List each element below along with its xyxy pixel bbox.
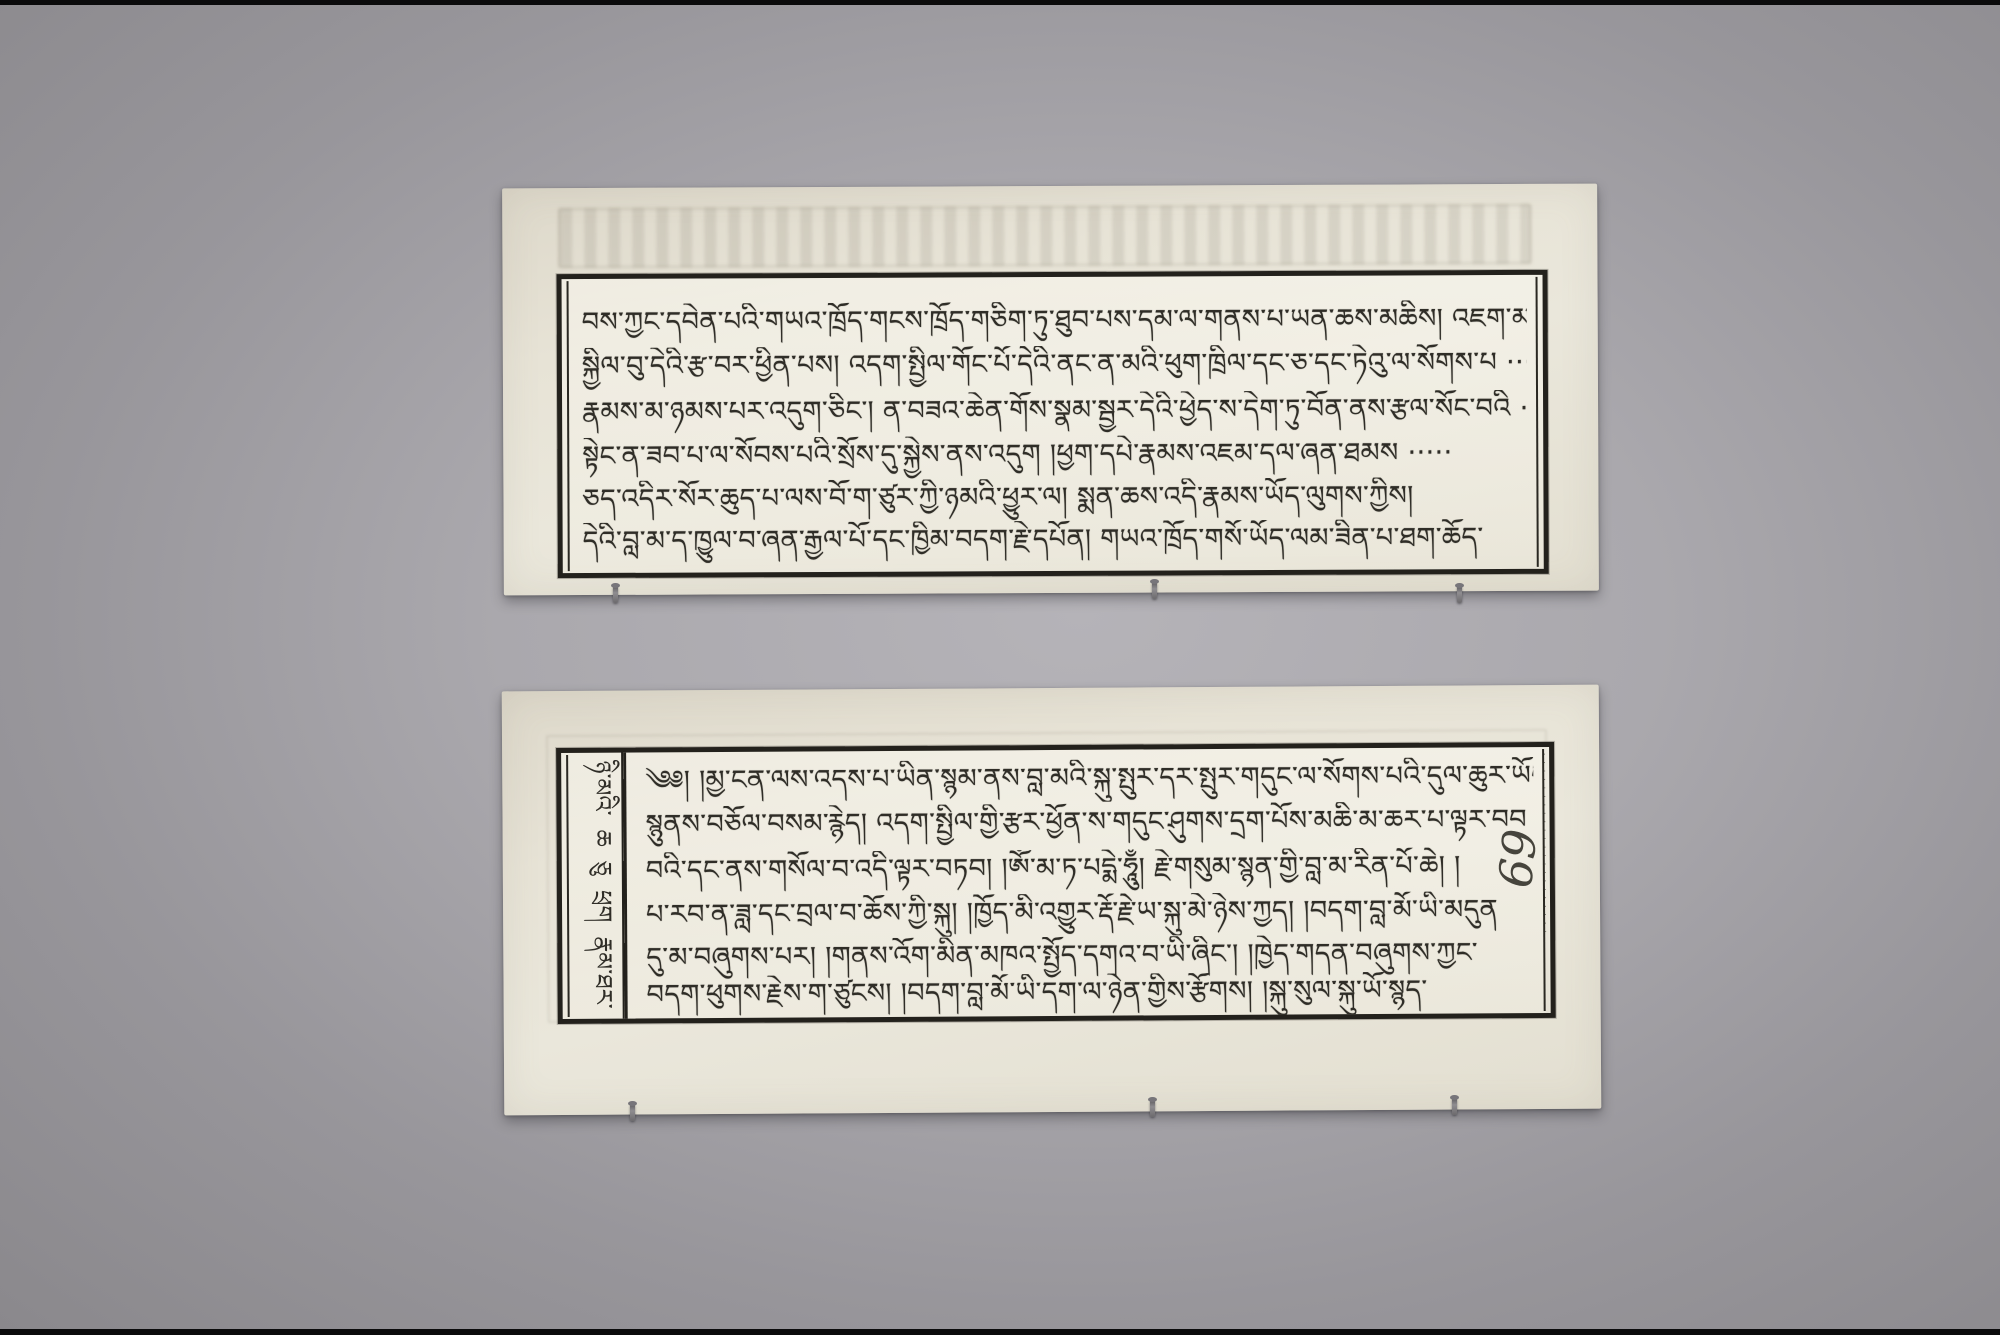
text-line: བའི་དང་ནས་གསོལ་བ་འདི་ལྟར་བཏབ། །ཨོཾ་མ་ཏ་པ… [646, 847, 1534, 894]
mounting-pin [1150, 1100, 1155, 1117]
margin-title-column: ཉི་མའི་ ཆ ཅུ ཕྲག རྣམ་ཐར་ [561, 753, 628, 1019]
photo-bottom-black-band [0, 1329, 2000, 1335]
margin-title-text: ཉི་མའི་ ཆ ཅུ ཕྲག རྣམ་ཐར་ [573, 757, 619, 1013]
text-line: བས་ཀྱང་དབེན་པའི་གཡའ་ཁྲོད་གངས་ཁྲོད་གཅིག་ཏ… [582, 300, 1527, 346]
text-line: རྣམས་མ་ཉམས་པར་འདུག་ཅིང་། ན་བཟའ་ཆེན་གོས་ས… [582, 390, 1527, 436]
text-line: ༄༅། །མྱ་ངན་ལས་འདས་པ་ཡིན་སྙམ་ནས་བླ་མའི་སྐ… [645, 757, 1533, 804]
bottom-folio-sheet: ཉི་མའི་ ཆ ཅུ ཕྲག རྣམ་ཐར་ ༄༅། །མྱ་ངན་ལས་འ… [502, 685, 1602, 1116]
text-line: སྐྱིལ་བུ་དེའི་རྩ་བར་ཕྱིན་པས། འདག་སྤྱིལ་ག… [582, 344, 1527, 390]
photograph-of-tibetan-folios: བས་ཀྱང་དབེན་པའི་གཡའ་ཁྲོད་གངས་ཁྲོད་གཅིག་ཏ… [0, 0, 2000, 1335]
text-line: སྙུནས་བཅོལ་བསམ་རྙེད། འདག་སྤྱིལ་གྱི་རྩར་ཕ… [645, 801, 1533, 848]
mounting-pin [1457, 586, 1462, 603]
blind-impression-band [558, 204, 1531, 268]
text-line: སྟེང་ན་ཟབ་པ་ལ་སོབས་པའི་སྲོས་དུ་སྐྱེས་ནས་… [582, 434, 1527, 480]
mounting-pin [613, 586, 618, 603]
text-line: དེའི་བླ་མ་ད་ཁྱུལ་བ་ཞན་རྒྱལ་པོ་དང་ཁྱིམ་བད… [583, 519, 1528, 565]
top-folio-sheet: བས་ཀྱང་དབེན་པའི་གཡའ་ཁྲོད་གངས་ཁྲོད་གཅིག་ཏ… [502, 184, 1599, 596]
top-folio-text-frame: བས་ཀྱང་དབེན་པའི་གཡའ་ཁྲོད་གངས་ཁྲོད་གཅིག་ཏ… [556, 270, 1548, 578]
photo-top-black-band [0, 0, 2000, 5]
text-line: ཅད་འདིར་སོར་ཆུད་པ་ལས་བོ་ག་ཙུར་ཀྱི་ཉམའི་ཕ… [582, 477, 1527, 523]
mounting-pin [630, 1104, 635, 1121]
bottom-folio-text-frame: ཉི་མའི་ ཆ ཅུ ཕྲག རྣམ་ཐར་ ༄༅། །མྱ་ངན་ལས་འ… [556, 742, 1556, 1024]
mounting-pin [1152, 582, 1157, 599]
text-line: པ་རབ་ན་ཟླ་དང་བྲལ་བ་ཆོས་ཀྱི་སྐུ། །ཁྱོད་མི… [646, 891, 1534, 938]
mounting-pin [1452, 1098, 1457, 1115]
handwritten-folio-number: 69 [1450, 823, 1546, 902]
margin-word: རྣམ་ཐར་ [563, 936, 630, 1009]
margin-word: ཅུ [562, 861, 629, 877]
margin-word: ཕྲག [562, 890, 629, 923]
margin-word: ཆ [562, 829, 629, 847]
text-line: བདག་ཕུགས་རྗེས་ག་ཙུངས། །བདག་བླ་མོ་ཡི་དག་ལ… [646, 971, 1534, 1018]
margin-word: ཉི་མའི་ [562, 761, 629, 816]
